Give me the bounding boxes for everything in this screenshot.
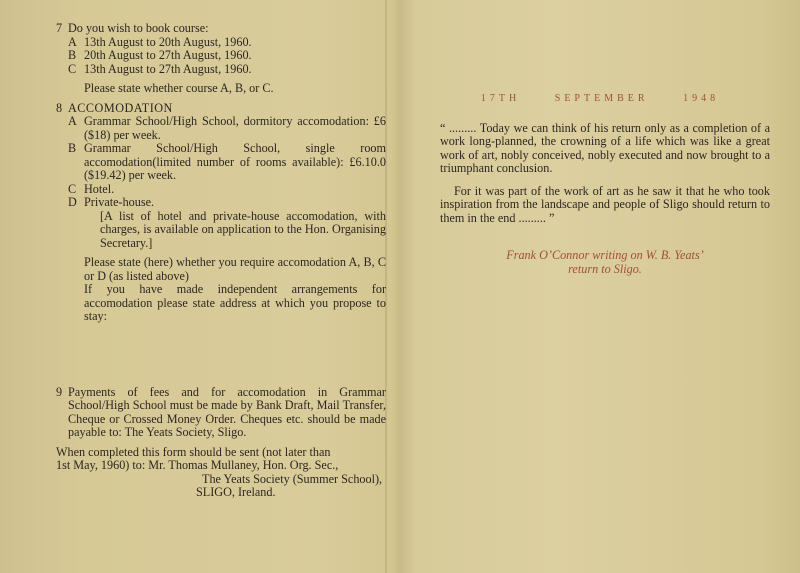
question-text: Do you wish to book course: <box>68 22 208 36</box>
course-option: C 13th August to 27th August, 1960. <box>56 63 386 77</box>
question-number: 9 <box>56 386 68 440</box>
course-option: A 13th August to 20th August, 1960. <box>56 36 386 50</box>
question-number: 7 <box>56 22 68 36</box>
accomodation-option: C Hotel. <box>56 183 386 197</box>
course-instruction: Please state whether course A, B, or C. <box>56 82 386 96</box>
question-number: 8 <box>56 102 68 116</box>
question-8: 8 ACCOMODATION A Grammar School/High Sch… <box>56 102 386 324</box>
quote-paragraph: For it was part of the work of art as he… <box>440 185 770 226</box>
right-page: 17TH SEPTEMBER 1948 “ ......... Today we… <box>440 92 770 276</box>
left-page: 7 Do you wish to book course: A 13th Aug… <box>56 22 386 500</box>
accomodation-option: A Grammar School/High School, dormitory … <box>56 115 386 142</box>
accomodation-heading: ACCOMODATION <box>68 102 173 116</box>
quote-paragraph: “ ......... Today we can think of his re… <box>440 122 770 176</box>
address-instruction: If you have made independent arrangement… <box>56 283 386 324</box>
closing-address: When completed this form should be sent … <box>56 446 386 500</box>
question-7: 7 Do you wish to book course: A 13th Aug… <box>56 22 386 96</box>
accomodation-option: D Private-house. <box>56 196 386 210</box>
attribution: Frank O’Connor writing on W. B. Yeats’ r… <box>440 249 770 276</box>
accomodation-instruction: Please state (here) whether you require … <box>56 256 386 283</box>
quotation: “ ......... Today we can think of his re… <box>440 122 770 226</box>
question-9: 9 Payments of fees and for accomodation … <box>56 386 386 440</box>
course-option: B 20th August to 27th August, 1960. <box>56 49 386 63</box>
accomodation-note: [A list of hotel and private-house accom… <box>56 210 386 251</box>
payment-text: Payments of fees and for accomodation in… <box>68 386 386 440</box>
accomodation-option: B Grammar School/High School, single roo… <box>56 142 386 183</box>
date-heading: 17TH SEPTEMBER 1948 <box>430 92 770 106</box>
